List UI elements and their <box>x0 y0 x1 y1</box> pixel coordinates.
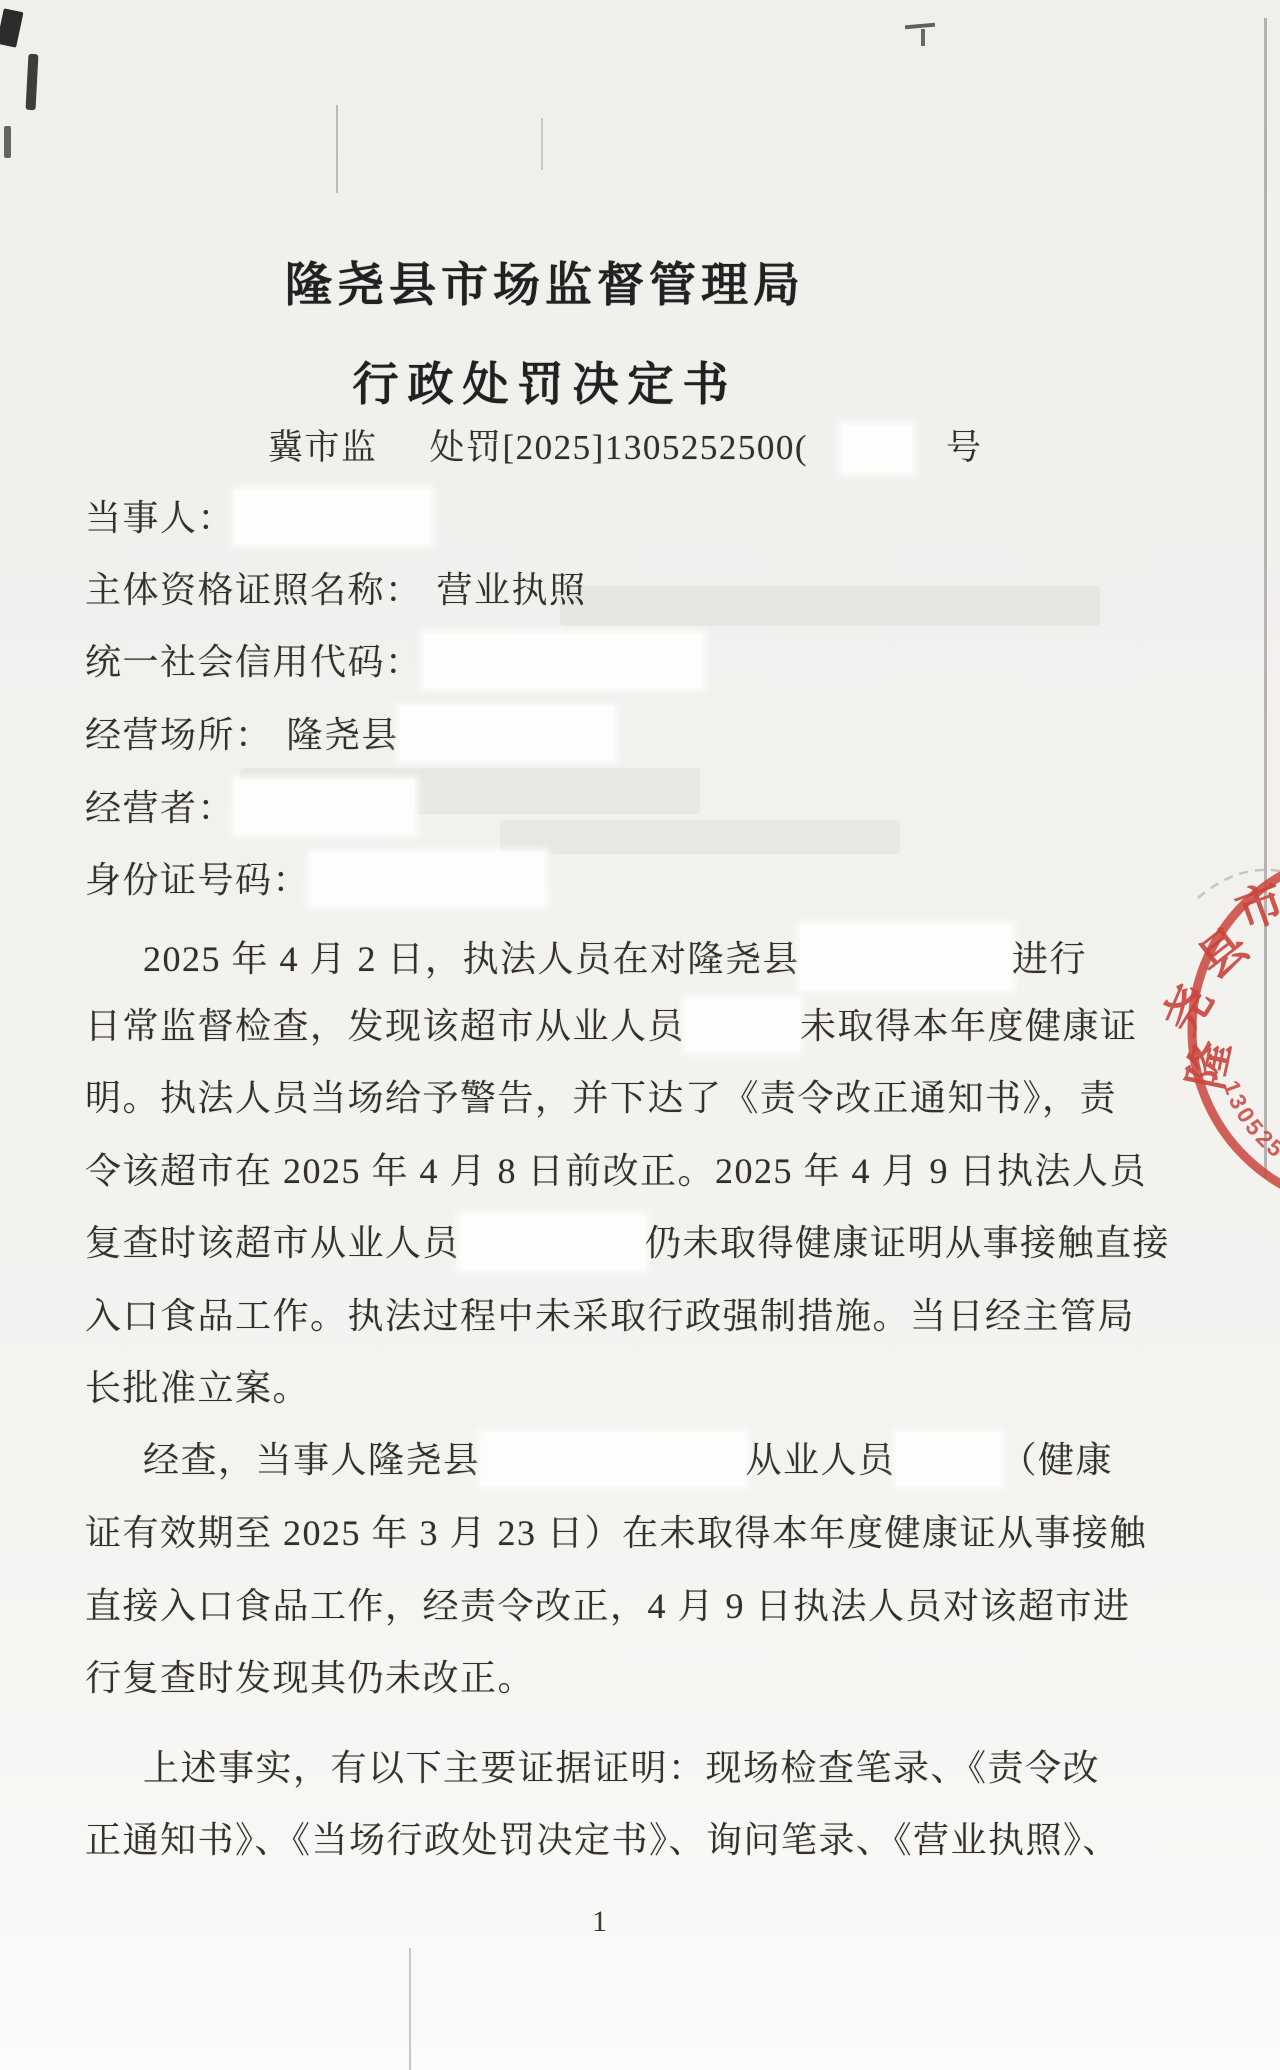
scan-mark-top-left-1 <box>0 8 24 47</box>
redaction-box <box>423 634 703 688</box>
scan-mark-top-left-2 <box>26 54 39 110</box>
seal-char: 市 <box>1229 874 1280 940</box>
field-label: 经营场所： <box>85 715 273 755</box>
body-line: 上述事实，有以下主要证据证明：现场检查笔录、《责令改 <box>143 1740 1100 1791</box>
field-value: 隆尧县 <box>287 715 400 755</box>
field-operator: 经营者： <box>85 780 415 834</box>
agency-title-row: 隆尧县市场监督管理局 <box>0 248 1090 315</box>
doc-number-prefix: 冀市监 <box>268 428 378 467</box>
body-line: 长批准立案。 <box>85 1360 310 1411</box>
field-label: 当事人： <box>85 498 235 538</box>
redaction-box <box>235 780 415 834</box>
paper-crease-2 <box>541 118 543 170</box>
body-line: 经查，当事人隆尧县从业人员（健康 <box>143 1432 1113 1486</box>
doc-title-row: 行政处罚决定书 <box>0 348 1090 414</box>
redaction-box <box>310 852 545 906</box>
redaction-box <box>800 925 1012 989</box>
page-number: 1 <box>592 1905 607 1939</box>
body-line: 2025 年 4 月 2 日，执法人员在对隆尧县进行 <box>143 925 1087 989</box>
doc-title: 行政处罚决定书 <box>353 358 738 410</box>
field-label: 统一社会信用代码： <box>85 642 423 682</box>
body-line: 明。执法人员当场给予警告，并下达了《责令改正通知书》，责 <box>85 1070 1117 1121</box>
body-line: 直接入口食品工作，经责令改正，4 月 9 日执法人员对该超市进 <box>85 1578 1131 1629</box>
field-value: 营业执照 <box>437 570 587 610</box>
field-label: 经营者： <box>85 788 235 828</box>
scan-smudge-2 <box>500 820 900 854</box>
redaction-box <box>842 425 912 473</box>
body-line: 证有效期至 2025 年 3 月 23 日）在未取得本年度健康证从事接触 <box>85 1505 1147 1556</box>
scanned-document-page: 隆尧县市场监督管理局 行政处罚决定书 冀市监处罚[2025]1305252500… <box>0 0 1280 2070</box>
field-business-site: 经营场所：隆尧县 <box>85 707 614 761</box>
field-license-name: 主体资格证照名称：营业执照 <box>85 562 587 613</box>
redaction-box <box>235 490 430 544</box>
redaction-box <box>460 1215 645 1269</box>
field-label: 身份证号码： <box>85 860 310 900</box>
scan-mark-top-left-3 <box>4 126 11 158</box>
agency-title: 隆尧县市场监督管理局 <box>285 258 805 311</box>
body-line: 复查时该超市从业人员仍未取得健康证明从事接触直接 <box>85 1215 1170 1269</box>
paper-scratch-bottom <box>409 1948 411 2070</box>
field-credit-code: 统一社会信用代码： <box>85 634 703 688</box>
field-id-number: 身份证号码： <box>85 852 545 906</box>
body-line: 令该超市在 2025 年 4 月 8 日前改正。2025 年 4 月 9 日执法… <box>85 1143 1147 1194</box>
scan-smudge-3 <box>560 586 1100 626</box>
body-line: 正通知书》、《当场行政处罚决定书》、询问笔录、《营业执照》、 <box>85 1812 1120 1863</box>
redaction-box <box>685 998 800 1052</box>
doc-number-suffix: 号 <box>946 428 983 467</box>
doc-number-body: 处罚[2025]1305252500( <box>430 428 808 467</box>
scan-mark-top-right-h <box>905 23 935 30</box>
body-line: 入口食品工作。执法过程中未采取行政强制措施。当日经主管局 <box>85 1288 1135 1339</box>
field-party: 当事人： <box>85 490 430 544</box>
seal-char: 尧 <box>1153 975 1223 1043</box>
official-seal-stamp: 隆 尧 县 市 1 3 0 5 2 5 <box>1080 850 1280 1270</box>
body-line: 日常监督检查，发现该超市从业人员未取得本年度健康证 <box>85 998 1138 1052</box>
paper-crease-1 <box>336 105 338 193</box>
field-label: 主体资格证照名称： <box>85 570 423 610</box>
doc-number-line: 冀市监处罚[2025]1305252500(号 <box>268 420 983 473</box>
scan-mark-top-right-v <box>921 29 925 46</box>
redaction-box <box>399 707 614 761</box>
body-line: 行复查时发现其仍未改正。 <box>85 1650 535 1701</box>
redaction-box <box>481 1432 746 1486</box>
redaction-box <box>896 1432 1001 1486</box>
